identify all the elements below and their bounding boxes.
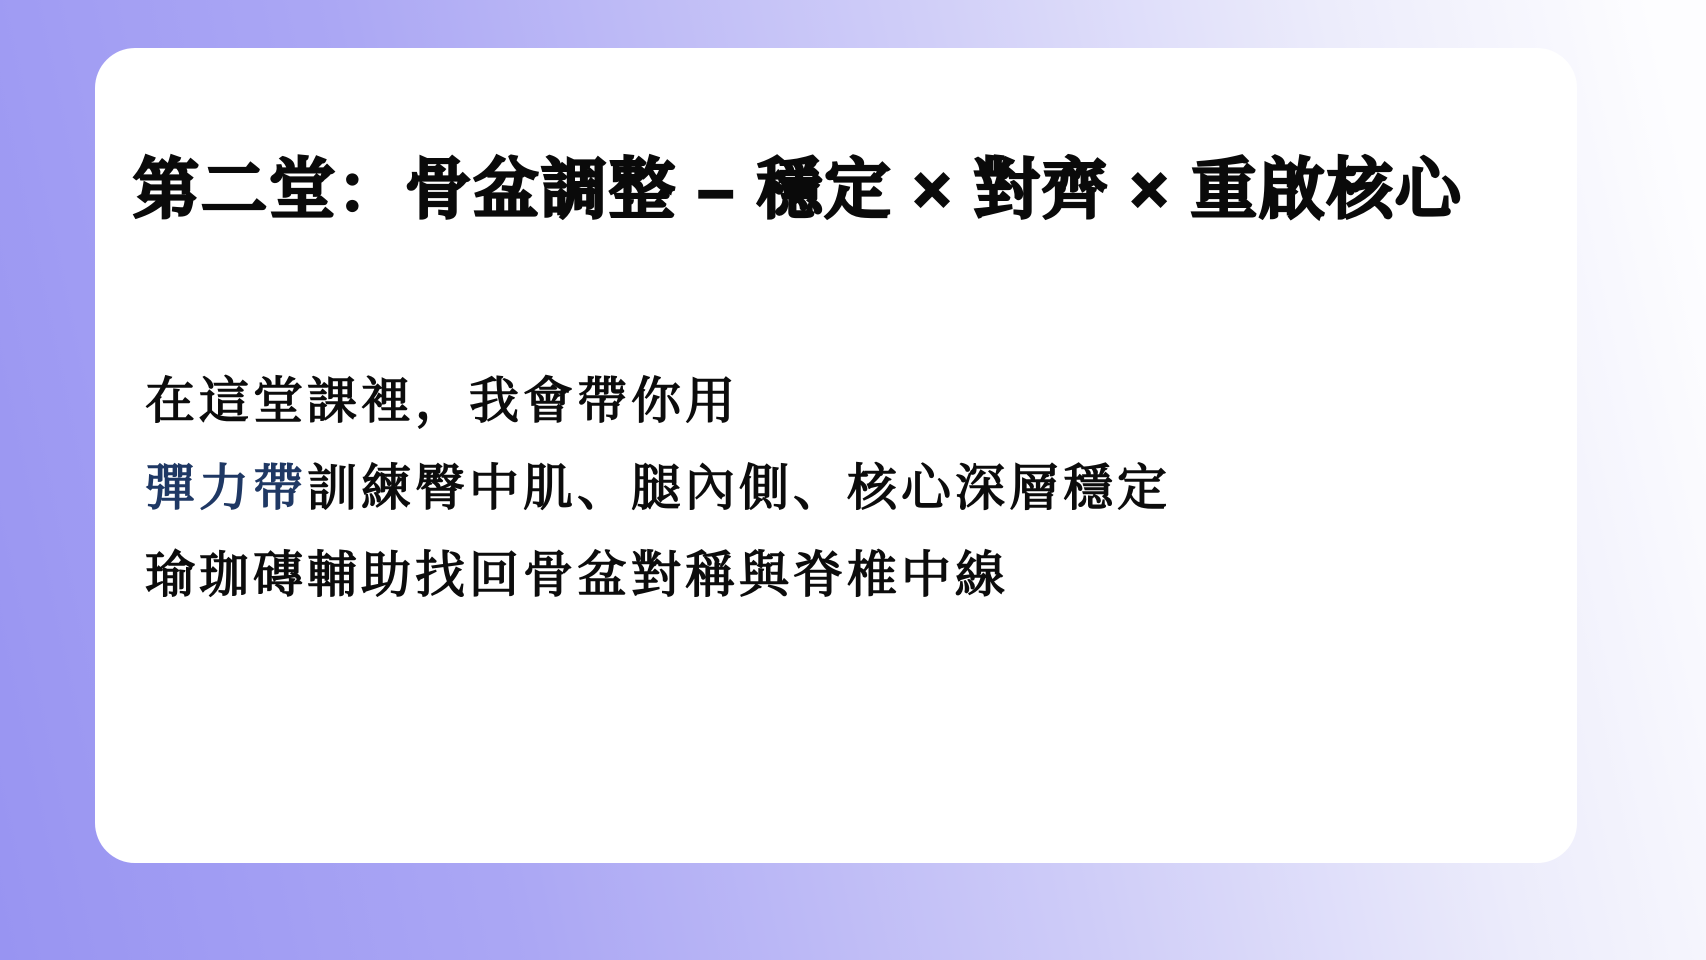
content-card: 第二堂：骨盆調整 – 穩定 × 對齊 × 重啟核心 在這堂課裡，我會帶你用 彈力… — [95, 48, 1577, 863]
body-line-yoga-brick: 瑜珈磚輔助找回骨盆對稱與脊椎中線 — [145, 532, 1525, 619]
body-line-elastic-band: 彈力帶訓練臀中肌、腿內側、核心深層穩定 — [145, 445, 1525, 532]
highlight-elastic-band: 彈力帶 — [145, 460, 307, 516]
body-text-block: 在這堂課裡，我會帶你用 彈力帶訓練臀中肌、腿內側、核心深層穩定 瑜珈磚輔助找回骨… — [145, 358, 1525, 619]
body-line-elastic-band-rest: 訓練臀中肌、腿內側、核心深層穩定 — [307, 460, 1171, 516]
slide-background: 第二堂：骨盆調整 – 穩定 × 對齊 × 重啟核心 在這堂課裡，我會帶你用 彈力… — [0, 0, 1706, 960]
slide-title: 第二堂：骨盆調整 – 穩定 × 對齊 × 重啟核心 — [133, 148, 1533, 231]
body-line-intro: 在這堂課裡，我會帶你用 — [145, 358, 1525, 445]
